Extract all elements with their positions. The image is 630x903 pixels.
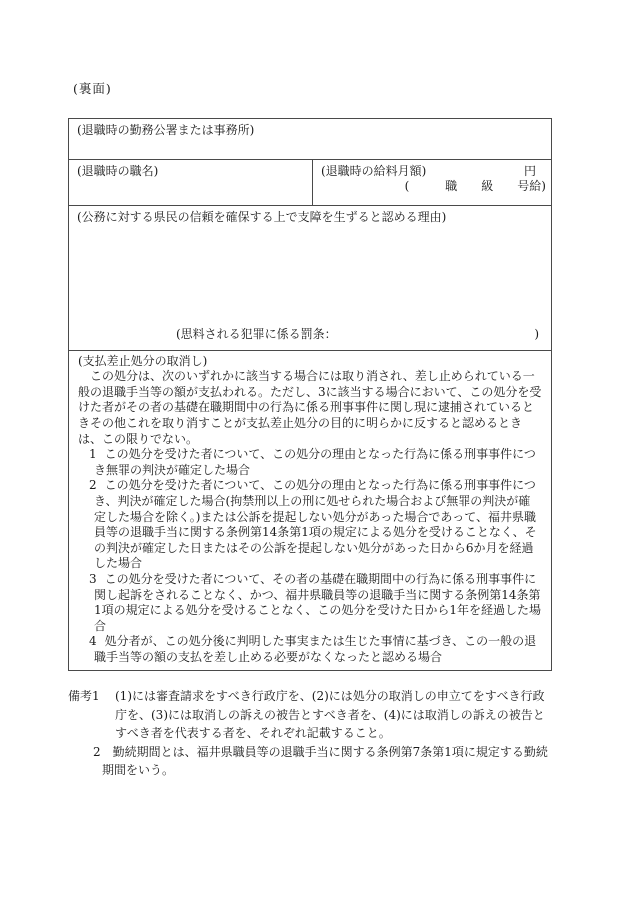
job-title-cell: (退職時の職名) bbox=[69, 160, 313, 205]
office-cell: (退職時の勤務公署または事務所) bbox=[69, 119, 551, 160]
salary-label: (退職時の給料月額) bbox=[321, 164, 426, 180]
item-3-number: 3 bbox=[89, 572, 105, 586]
item-1-number: 1 bbox=[89, 447, 105, 461]
item-2-number: 2 bbox=[89, 478, 105, 492]
salary-cell: (退職時の給料月額) 円 ( 職 級 号給) bbox=[313, 160, 551, 205]
back-side-label: (裏面) bbox=[73, 81, 552, 97]
job-title-label: (退職時の職名) bbox=[77, 164, 304, 180]
item-4-text: 処分者が、この処分後に判明した事実または生じた事情に基づき、この一般の退職手当等… bbox=[94, 634, 536, 664]
office-label: (退職時の勤務公署または事務所) bbox=[77, 123, 543, 139]
cancellation-item-4: 4処分者が、この処分後に判明した事実または生じた事情に基づき、この一般の退職手当… bbox=[78, 634, 542, 665]
item-1-text: この処分を受けた者について、この処分の理由となった行為に係る刑事事件につき無罪の… bbox=[94, 447, 536, 477]
note-2: 2勤続期間とは、福井県職員等の退職手当に関する条例第7条第1項に規定する勤続期間… bbox=[93, 743, 554, 780]
salary-line: (退職時の給料月額) 円 bbox=[321, 164, 546, 180]
yen-label: 円 bbox=[524, 164, 536, 180]
penal-clause-close-paren: ) bbox=[534, 327, 539, 343]
penal-clause-line: (思料される犯罪に係る罰条： ) bbox=[69, 327, 551, 343]
item-3-text: この処分を受けた者について、その者の基礎在職期間中の行為に係る刑事事件に関し起訴… bbox=[94, 572, 541, 633]
note-1: 備考1 (1)には審査請求をすべき行政庁を、(2)には処分の取消しの申立てをすべ… bbox=[68, 687, 554, 743]
penal-clause-label: (思料される犯罪に係る罰条： bbox=[176, 327, 337, 343]
note-2-text: 勤続期間とは、福井県職員等の退職手当に関する条例第7条第1項に規定する勤続期間を… bbox=[102, 745, 548, 778]
note-1-text: (1)には審査請求をすべき行政庁を、(2)には処分の取消しの申立てをすべき行政庁… bbox=[115, 687, 554, 743]
cancellation-cell: (支払差止処分の取消し) この処分は、次のいずれかに該当する場合には取り消され、… bbox=[69, 351, 551, 671]
cancellation-intro: この処分は、次のいずれかに該当する場合には取り消され、差し止められている一般の退… bbox=[78, 369, 542, 447]
document-page: (裏面) (退職時の勤務公署または事務所) (退職時の職名) (退職時の給料月額… bbox=[0, 0, 630, 903]
notes-section: 備考1 (1)には審査請求をすべき行政庁を、(2)には処分の取消しの申立てをすべ… bbox=[68, 687, 554, 780]
note-2-number: 2 bbox=[93, 745, 113, 759]
reason-label: (公務に対する県民の信頼を確保する上で支障を生ずると認める理由) bbox=[69, 210, 551, 226]
cancellation-heading: (支払差止処分の取消し) bbox=[78, 354, 542, 370]
notes-label: 備考1 bbox=[68, 687, 115, 743]
job-salary-row: (退職時の職名) (退職時の給料月額) 円 ( 職 級 号給) bbox=[69, 160, 551, 206]
item-4-number: 4 bbox=[89, 634, 105, 648]
cancellation-item-2: 2この処分を受けた者について、この処分の理由となった行為に係る刑事事件につき、判… bbox=[78, 478, 542, 572]
item-2-text: この処分を受けた者について、この処分の理由となった行為に係る刑事事件につき、判決… bbox=[94, 478, 537, 570]
reason-cell: (公務に対する県民の信頼を確保する上で支障を生ずると認める理由) (思料される犯… bbox=[69, 206, 551, 351]
cancellation-item-1: 1この処分を受けた者について、この処分の理由となった行為に係る刑事事件につき無罪… bbox=[78, 447, 542, 478]
grade-step-label: ( 職 級 号給) bbox=[321, 179, 546, 195]
cancellation-item-3: 3この処分を受けた者について、その者の基礎在職期間中の行為に係る刑事事件に関し起… bbox=[78, 572, 542, 634]
form-table: (退職時の勤務公署または事務所) (退職時の職名) (退職時の給料月額) 円 (… bbox=[68, 118, 552, 672]
